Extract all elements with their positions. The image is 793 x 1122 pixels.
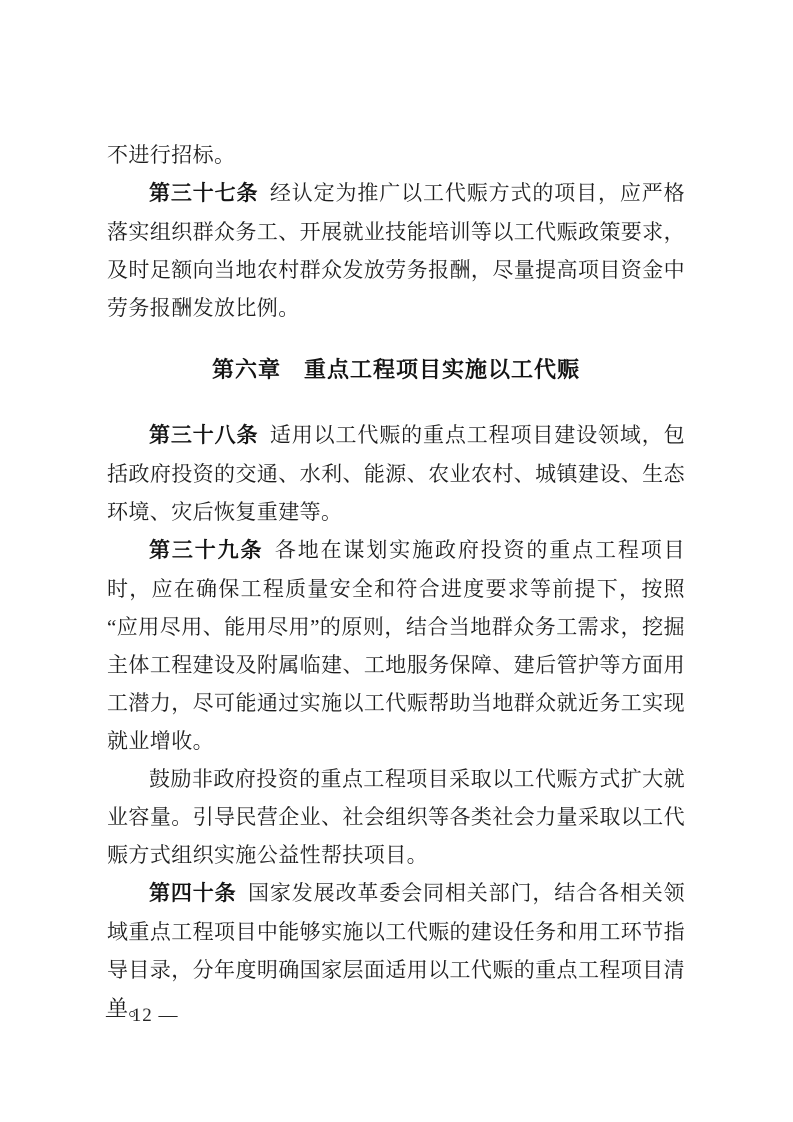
article-37: 第三十七条经认定为推广以工代赈方式的项目，应严格落实组织群众务工、开展就业技能培… <box>107 174 685 327</box>
article-39-text: 各地在谋划实施政府投资的重点工程项目时，应在确保工程质量安全和符合进度要求等前提… <box>107 538 685 753</box>
article-40: 第四十条国家发展改革委会同相关部门，结合各相关领域重点工程项目中能够实施以工代赈… <box>107 874 685 1027</box>
document-page: 不进行招标。 第三十七条经认定为推广以工代赈方式的项目，应严格落实组织群众务工、… <box>0 0 793 1122</box>
article-38: 第三十八条适用以工代赈的重点工程项目建设领域，包括政府投资的交通、水利、能源、农… <box>107 416 685 531</box>
document-body: 不进行招标。 第三十七条经认定为推广以工代赈方式的项目，应严格落实组织群众务工、… <box>107 136 685 1027</box>
article-39: 第三十九条各地在谋划实施政府投资的重点工程项目时，应在确保工程质量安全和符合进度… <box>107 531 685 760</box>
article-38-number: 第三十八条 <box>149 424 258 447</box>
paragraph-text: 不进行招标。 <box>107 143 235 167</box>
article-37-number: 第三十七条 <box>149 182 258 205</box>
page-number: — 12 — <box>106 1004 179 1028</box>
article-40-number: 第四十条 <box>149 882 237 905</box>
chapter-heading: 第六章 重点工程项目实施以工代赈 <box>107 351 685 389</box>
paragraph-encourage: 鼓励非政府投资的重点工程项目采取以工代赈方式扩大就业容量。引导民营企业、社会组织… <box>107 760 685 874</box>
paragraph-text: 鼓励非政府投资的重点工程项目采取以工代赈方式扩大就业容量。引导民营企业、社会组织… <box>107 767 685 867</box>
article-39-number: 第三十九条 <box>149 539 263 562</box>
paragraph-continuation: 不进行招标。 <box>107 136 685 174</box>
